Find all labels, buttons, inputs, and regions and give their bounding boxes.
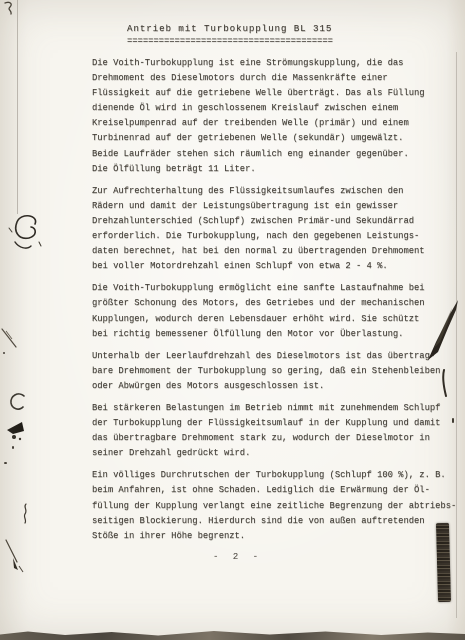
- scanned-document-page: Antrieb mit Turbokupplung BL 315 =======…: [0, 0, 465, 640]
- speck-mark: [4, 462, 7, 464]
- paragraph: Die Voith-Turbokupplung ermöglicht eine …: [92, 281, 462, 341]
- paragraph: Bei stärkeren Belastungen im Betrieb nim…: [92, 401, 462, 461]
- pen-scratch-mark: [3, 538, 27, 576]
- document-title: Antrieb mit Turbokupplung BL 315: [127, 23, 332, 34]
- scratch-mark: [0, 327, 20, 351]
- speck-mark: [12, 446, 14, 449]
- ink-blob-mark: [5, 420, 27, 442]
- title-underline: =======================================: [127, 36, 333, 46]
- paper-edge-line-left: [17, 0, 18, 214]
- document-body: Die Voith-Turbokupplung ist eine Strömun…: [92, 56, 462, 551]
- handwritten-loop-mark: [5, 212, 49, 262]
- page-number: - 2 -: [196, 552, 276, 562]
- paragraph: Unterhalb der Leerlaufdrehzahl des Diese…: [92, 349, 462, 394]
- paragraph: Zur Aufrechterhaltung des Flüssigkeitsum…: [92, 184, 462, 275]
- corner-squiggle-mark: [2, 1, 16, 17]
- circle-smudge-mark: [6, 390, 30, 414]
- paragraph: Die Voith-Turbokupplung ist eine Strömun…: [92, 56, 462, 177]
- small-squiggle-mark: [21, 503, 31, 525]
- scan-bottom-edge: [0, 630, 465, 640]
- paragraph: Ein völliges Durchrutschen der Turbokupp…: [92, 468, 462, 543]
- speck-mark: [3, 352, 5, 354]
